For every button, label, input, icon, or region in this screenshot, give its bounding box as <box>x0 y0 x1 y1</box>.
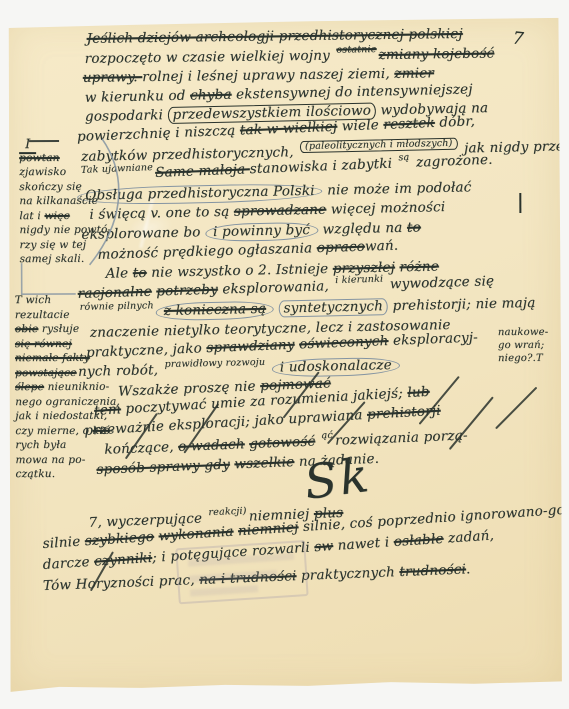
manuscript-line: jak i niedostatki, <box>15 410 117 425</box>
manuscript-segment: to <box>133 265 147 281</box>
manuscript-segment: na kilkanaście <box>19 195 98 207</box>
ink-tick-mark <box>519 193 521 213</box>
manuscript-segment: wań. <box>365 237 399 254</box>
manuscript-segment: prehistorji; nie mają <box>388 295 536 314</box>
manuscript-segment: niemałe fakty <box>15 352 90 364</box>
manuscript-segment: to <box>407 219 421 235</box>
manuscript-segment: (paleolitycznych i młodszych) <box>300 137 458 153</box>
manuscript-line: rych była <box>15 439 117 454</box>
manuscript-segment: Ale <box>105 265 132 282</box>
manuscript-segment: dóbr, <box>435 113 476 131</box>
manuscript-line: zjawisko <box>19 166 115 181</box>
manuscript-segment: obie <box>15 323 38 335</box>
manuscript-segment <box>315 434 320 450</box>
manuscript-line: rezultacie <box>15 308 117 323</box>
manuscript-line: obie rysłuje <box>15 323 117 338</box>
manuscript-line: lat i więc <box>19 209 115 224</box>
manuscript-segment: zagrożone. <box>411 152 493 171</box>
manuscript-line: czątku. <box>15 468 117 483</box>
manuscript-line: naukowe- <box>498 327 560 340</box>
manuscript-segment: potrzeby <box>156 281 218 299</box>
manuscript-segment: eksploracyj- <box>388 329 478 349</box>
manuscript-segment: szybkiego <box>84 529 154 550</box>
manuscript-segment: rozwiązania porzą- <box>335 428 468 449</box>
manuscript-segment: lat i <box>19 210 44 222</box>
manuscript-segment: zadań, <box>443 528 494 547</box>
manuscript-line: na kilkanaście <box>19 195 115 210</box>
manuscript-segment: nego ograniczenia, <box>15 395 120 407</box>
manuscript-segment: ostatnie <box>336 44 376 56</box>
manuscript-line: nigdy nie powtó- <box>19 224 115 239</box>
manuscript-line: T wich <box>15 294 117 309</box>
manuscript-segment: w kierunku od <box>85 87 191 105</box>
manuscript-line: się równej <box>15 337 117 352</box>
manuscript-segment: kojebość <box>433 45 495 62</box>
manuscript-segment: rozpoczęto w czasie wielkiej wojny <box>85 47 335 66</box>
manuscript-segment: jak i niedostatki, <box>15 410 107 422</box>
manuscript-segment: wykonania <box>158 524 234 545</box>
manuscript-segment: prawidłowy rozwoju <box>164 357 265 370</box>
manuscript-segment: rzy się w tej <box>19 238 86 250</box>
manuscript-segment: nie może im podołać <box>322 179 471 198</box>
manuscript-segment: z konieczna są <box>156 301 275 321</box>
manuscript-segment: wywodzące się <box>385 273 494 292</box>
faded-stamp <box>175 540 308 604</box>
manuscript-segment: nawet i <box>333 534 395 554</box>
manuscript-segment: sprowadzane <box>234 202 327 220</box>
manuscript-segment: - <box>110 424 114 436</box>
manuscript-segment: skończy się <box>19 180 82 192</box>
manuscript-line: mowa na po- <box>15 453 117 468</box>
manuscript-segment: względu na <box>318 220 407 238</box>
manuscript-line: go wrań; <box>498 340 560 353</box>
manuscript-segment: syntetycznych <box>278 298 388 317</box>
manuscript-segment: są <box>398 152 409 163</box>
manuscript-segment: trudności <box>399 561 466 580</box>
manuscript-segment: czątku. <box>15 468 55 480</box>
manuscript-segment: zmiany <box>379 46 434 63</box>
manuscript-body: Jeślich dziejów archeologji przedhistory… <box>77 29 559 482</box>
stamp-text-smudge <box>188 553 294 567</box>
manuscript-segment: reakcji) <box>208 506 247 518</box>
manuscript-segment: sprawdziany <box>206 336 295 355</box>
manuscript-segment: więc <box>44 209 69 221</box>
manuscript-line: skończy się <box>19 180 115 195</box>
manuscript-segment: niemniej <box>237 519 299 539</box>
manuscript-line: niego?.T <box>498 353 560 366</box>
manuscript-segment: naukowe- <box>498 327 548 338</box>
manuscript-segment: ślepe <box>15 381 44 393</box>
manuscript-segment: i kierunki <box>335 273 383 285</box>
manuscript-segment: gotowość <box>249 434 316 453</box>
margin-note-left-middle: T wichrezultacieobie rysłujesię równejni… <box>15 294 118 483</box>
manuscript-line: I <box>19 137 115 152</box>
manuscript-line: powtan <box>19 151 115 166</box>
manuscript-segment: uprawy. <box>83 69 143 86</box>
manuscript-segment: chyba <box>190 86 232 103</box>
manuscript-segment: mowa na po- <box>15 453 85 465</box>
margin-note-left-top: Ipowtanzjawiskoskończy sięna kilkanaście… <box>19 137 116 268</box>
signature-monogram: Sk <box>301 448 374 511</box>
manuscript-segment: powtan <box>19 151 60 163</box>
stamp-text-smudge <box>189 570 277 583</box>
manuscript-segment: tak w wielkiej <box>240 119 338 139</box>
manuscript-segment: niego?.T <box>498 353 543 364</box>
manuscript-line: czy mierne, o któ- <box>15 424 117 439</box>
manuscript-segment: nigdy nie powtó- <box>19 224 111 236</box>
manuscript-segment: opraco <box>317 238 366 255</box>
stamp-text-smudge <box>190 585 258 596</box>
manuscript-segment: darcze <box>42 554 94 573</box>
manuscript-line: niemałe fakty <box>15 352 117 367</box>
manuscript-segment: T wich <box>15 294 52 306</box>
manuscript-segment: nieuniknio- <box>44 381 109 393</box>
manuscript-segment: lub <box>407 384 430 401</box>
manuscript-segment: zjawisko <box>19 166 66 178</box>
manuscript-segment: samej skali. <box>20 253 85 265</box>
manuscript-line: nego ograniczenia, <box>15 395 117 410</box>
manuscript-segment: resztek <box>383 115 435 133</box>
manuscript-segment: oświeconych <box>299 332 389 351</box>
manuscript-segment: rysłuje <box>38 323 79 335</box>
manuscript-segment: rych była <box>15 439 66 451</box>
scanned-manuscript-page: { "document": { "kind": "handwritten man… <box>0 0 569 709</box>
manuscript-segment: się równej <box>15 337 72 349</box>
manuscript-segment: wiele <box>337 117 384 135</box>
manuscript-segment: rolnej i leśnej uprawy naszej ziemi, <box>142 66 394 85</box>
margin-note-right: naukowe-go wrań;niego?.T <box>498 327 560 366</box>
manuscript-segment: wszelkie <box>234 454 295 472</box>
manuscript-segment: go wrań; <box>498 340 544 351</box>
manuscript-segment: gospodarki <box>85 107 168 125</box>
manuscript-segment: sw <box>314 538 334 555</box>
manuscript-segment: zmier <box>394 65 434 82</box>
manuscript-segment: praktycznych <box>296 564 400 584</box>
manuscript-segment: . <box>466 561 471 577</box>
manuscript-line: samej skali. <box>20 253 116 268</box>
manuscript-segment: czy mierne, o <box>15 424 92 436</box>
manuscript-line: ślepe nieuniknio- <box>15 381 117 396</box>
manuscript-segment: silnie <box>42 533 85 552</box>
manuscript-segment: więcej możności <box>326 199 445 218</box>
manuscript-segment: któ <box>93 424 111 436</box>
manuscript-segment: powstające <box>15 366 77 378</box>
manuscript-segment: eksplorowania, <box>218 278 334 298</box>
manuscript-paper-sheet: 7 Jeślich dziejów archeologji przedhisto… <box>7 17 563 693</box>
manuscript-line: powstające <box>15 366 117 381</box>
manuscript-segment: Jeślich dziejów archeologji przedhistory… <box>86 26 462 47</box>
manuscript-segment: rezultacie <box>15 308 70 320</box>
manuscript-segment: Same małoja <box>155 161 250 181</box>
manuscript-line: rzy się w tej <box>19 238 115 253</box>
manuscript-segment: i powinny być <box>205 222 318 242</box>
manuscript-segment: różne <box>399 259 439 276</box>
manuscript-segment: osłabłe <box>393 531 444 550</box>
